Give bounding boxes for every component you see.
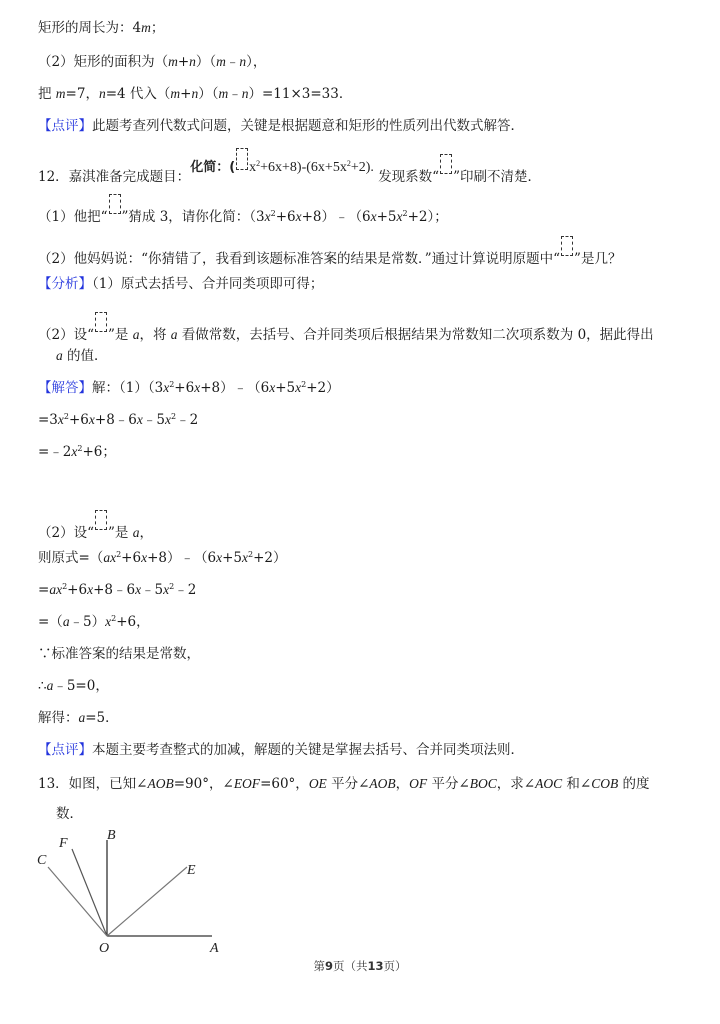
total-pages: 13 [368,959,384,973]
label-C: C [37,853,47,868]
label-A: A [209,941,219,956]
page-footer: 第9页（共13页） [0,958,720,974]
label-E: E [186,863,196,878]
ray-OC [48,867,107,936]
current-page: 9 [325,959,333,973]
label-F: F [58,836,68,851]
ray-OE [107,867,187,936]
ray-OF [72,849,107,936]
label-O: O [99,941,109,956]
label-B: B [107,828,116,843]
angle-diagram: B F C E O A [0,0,720,1024]
